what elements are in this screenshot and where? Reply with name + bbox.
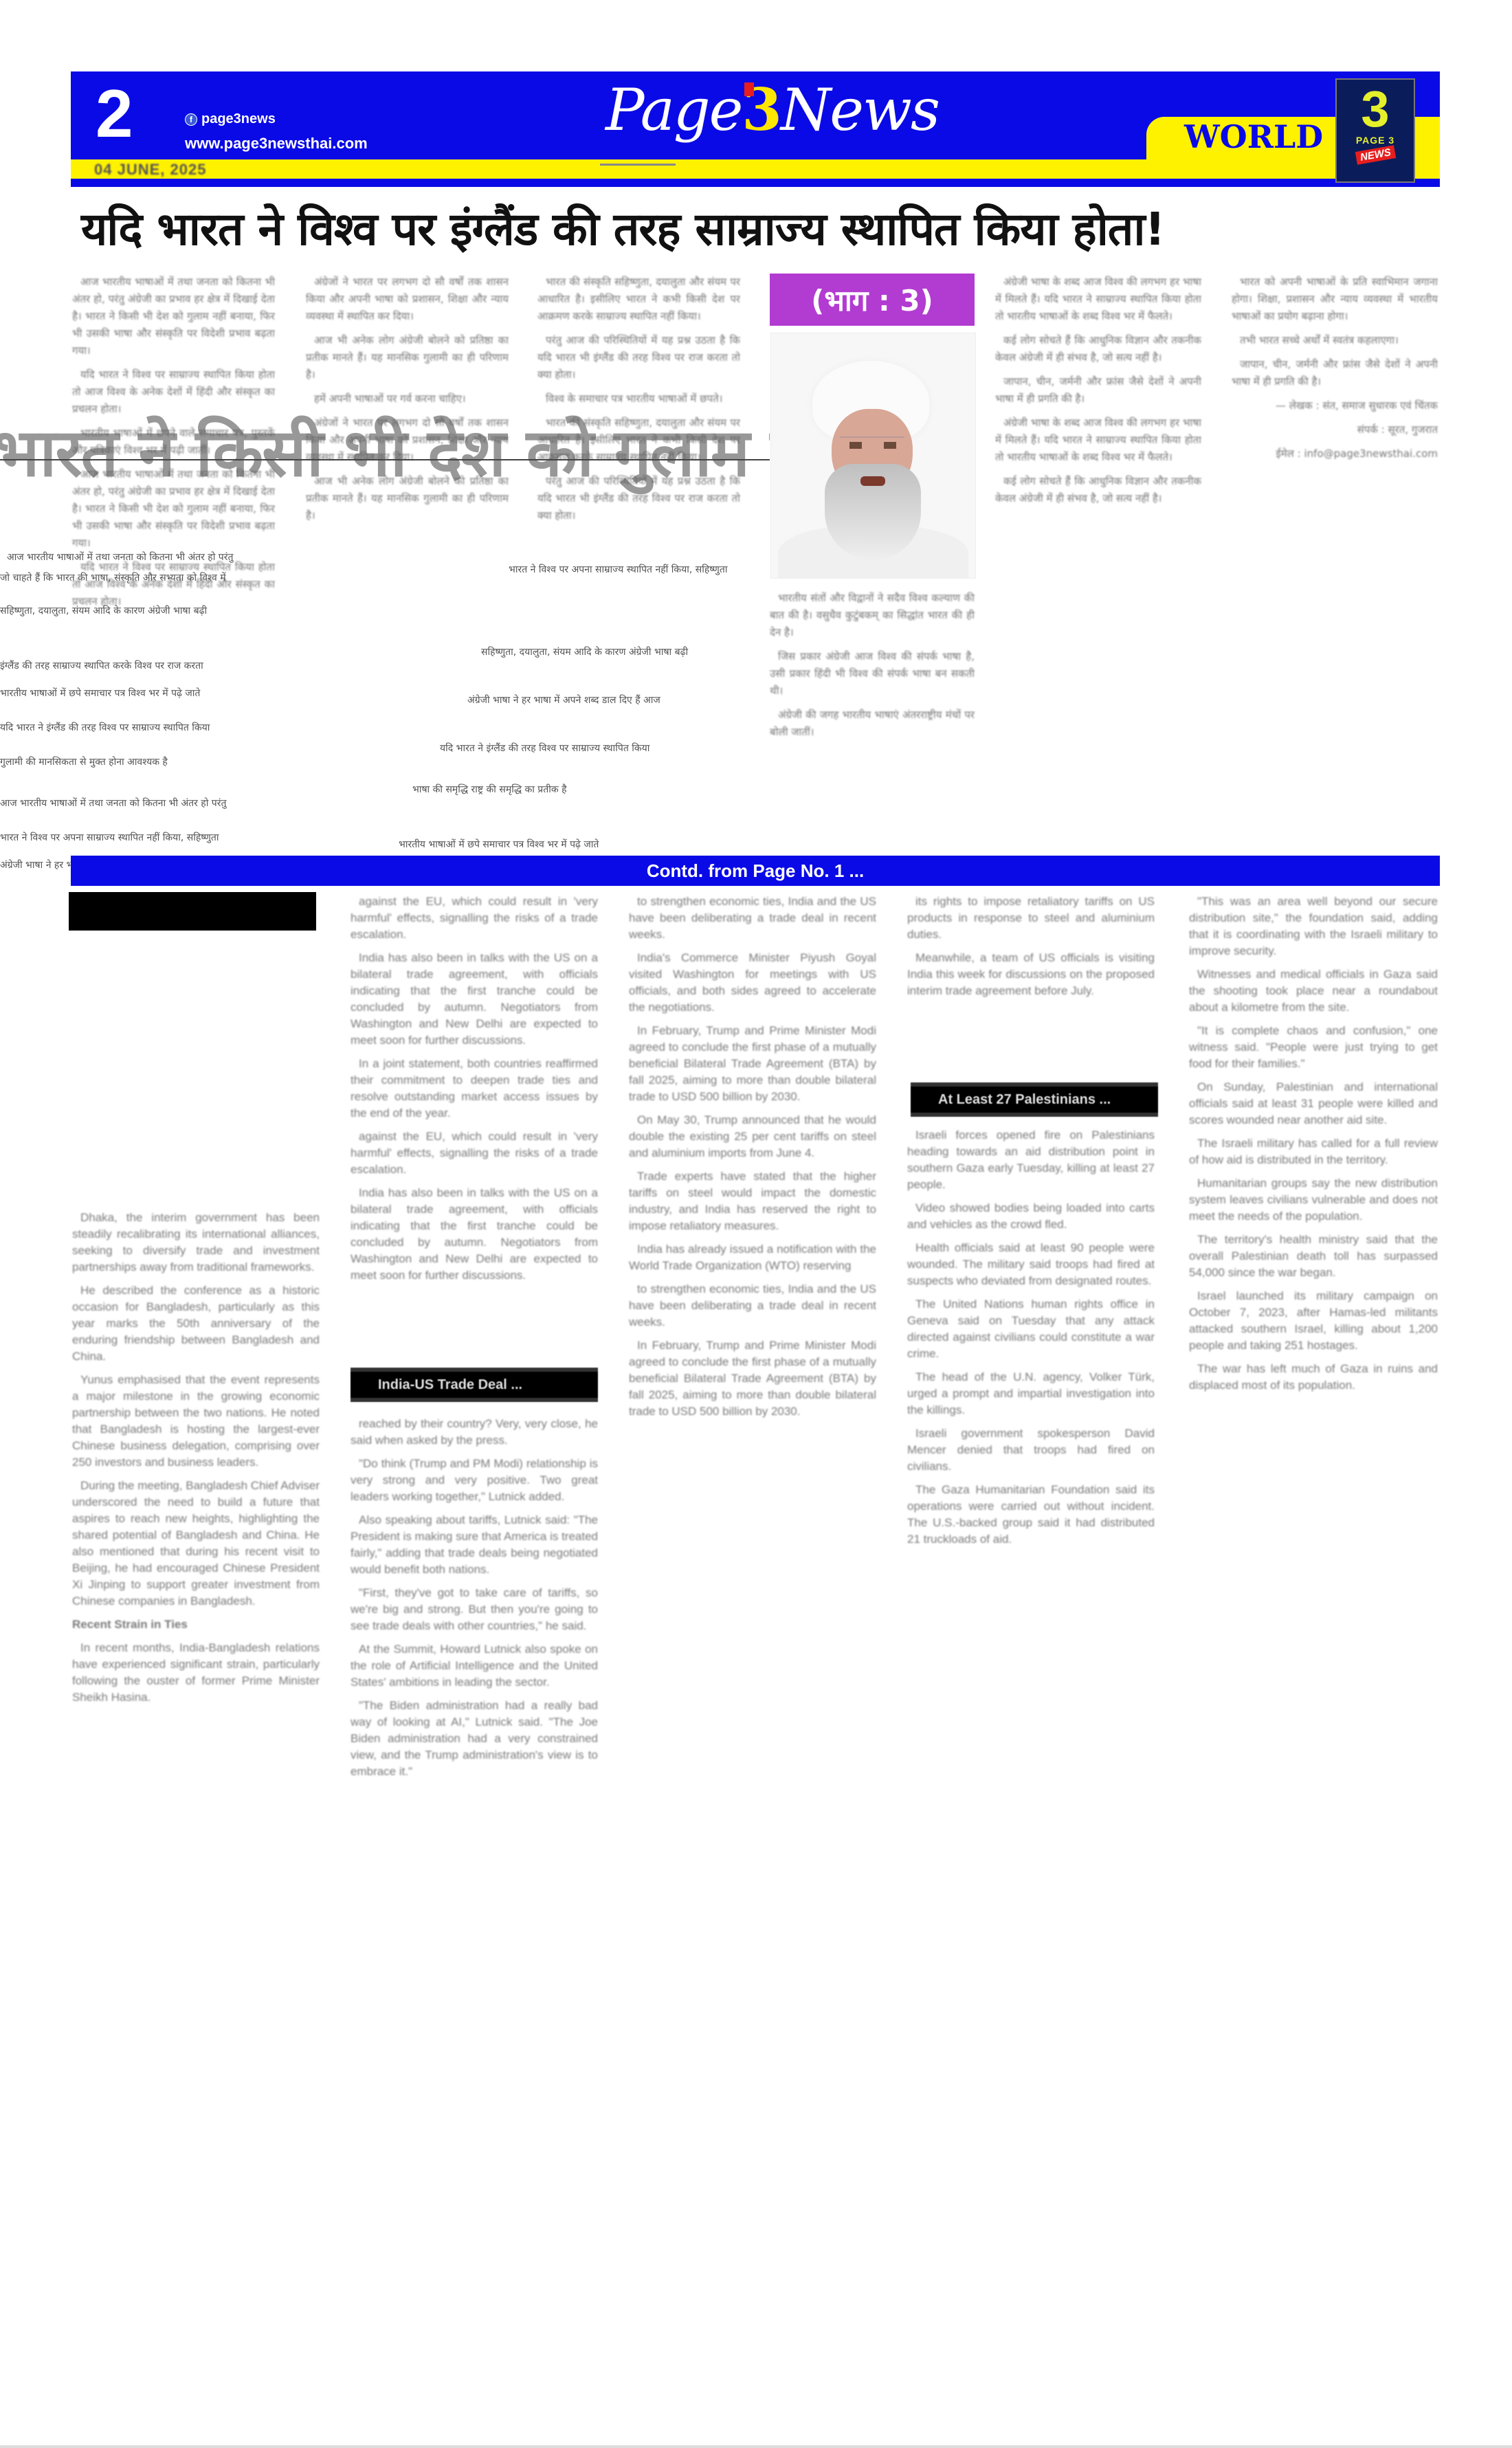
paragraph: भारत की संस्कृति सहिष्णुता, दयालुता और स…: [537, 274, 740, 325]
paragraph: India has also been in talks with the US…: [351, 950, 598, 1049]
paragraph: Dhaka, the interim government has been s…: [72, 1210, 320, 1276]
paragraph: अंग्रेजों ने भारत पर लगभग दो सौ वर्षों त…: [306, 414, 509, 466]
paragraph: India has also been in talks with the US…: [351, 1185, 598, 1284]
paragraph: Israeli government spokesperson David Me…: [907, 1425, 1155, 1475]
paragraph: "This was an area well beyond our secure…: [1189, 893, 1438, 959]
logo-news: News: [781, 76, 939, 144]
paragraph: The head of the U.N. agency, Volker Türk…: [907, 1369, 1155, 1418]
paragraph: In recent months, India-Bangladesh relat…: [72, 1640, 320, 1706]
part-label-box: (भाग : 3): [770, 274, 975, 326]
author-email: ईमेल : info@page3newsthai.com: [1232, 445, 1438, 463]
paragraph: यदि भारत ने विश्व पर साम्राज्य स्थापित क…: [72, 559, 275, 610]
badge-news-text: NEWS: [1355, 145, 1395, 165]
paragraph: The Gaza Humanitarian Foundation said it…: [907, 1482, 1155, 1548]
english-column-4a: its rights to impose retaliatory tariffs…: [907, 893, 1155, 1072]
photo-mouth: [860, 476, 885, 486]
paragraph: The United Nations human rights office i…: [907, 1296, 1155, 1362]
paragraph: The territory's health ministry said tha…: [1189, 1232, 1438, 1281]
paragraph: भारत को अपनी भाषाओं के प्रति स्वाभिमान ज…: [1232, 274, 1438, 325]
paragraph: Trade experts have stated that the highe…: [629, 1168, 876, 1234]
paragraph: अंग्रेजी की जगह भारतीय भाषाएं अंतरराष्ट्…: [770, 706, 975, 741]
paragraph: The Israeli military has called for a fu…: [1189, 1135, 1438, 1168]
english-column-4b: Israeli forces opened fire on Palestinia…: [907, 1127, 1155, 2419]
logo-three: 3: [742, 76, 780, 144]
hindi-column-2: अंग्रेजों ने भारत पर लगभग दो सौ वर्षों त…: [306, 274, 509, 851]
paragraph: Health officials said at least 90 people…: [907, 1240, 1155, 1289]
author-photo: [770, 333, 976, 579]
paragraph: परंतु आज की परिस्थितियों में यह प्रश्न उ…: [537, 332, 740, 383]
paragraph: जिस प्रकार अंग्रेजी आज विश्व की संपर्क भ…: [770, 648, 975, 700]
paragraph: जापान, चीन, जर्मनी और फ्रांस जैसे देशों …: [995, 373, 1201, 408]
english-column-1: Dhaka, the interim government has been s…: [72, 1210, 320, 2419]
page3-news-badge: 3 PAGE 3 NEWS: [1335, 78, 1415, 183]
hindi-column-6: भारत को अपनी भाषाओं के प्रति स्वाभिमान ज…: [1232, 274, 1438, 823]
paragraph: अंग्रेजी भाषा के शब्द आज विश्व की लगभग ह…: [995, 274, 1201, 325]
masthead-divider: [600, 164, 676, 166]
paragraph: परंतु आज की परिस्थितियों में यह प्रश्न उ…: [537, 473, 740, 524]
paragraph: भारत की संस्कृति सहिष्णुता, दयालुता और स…: [537, 414, 740, 466]
paragraph: "First, they've got to take care of tari…: [351, 1585, 598, 1634]
badge-page3-text: PAGE 3: [1356, 135, 1394, 146]
hindi-column-5: अंग्रेजी भाषा के शब्द आज विश्व की लगभग ह…: [995, 274, 1201, 851]
paragraph: its rights to impose retaliatory tariffs…: [907, 893, 1155, 943]
paragraph: India has already issued a notification …: [629, 1241, 876, 1274]
paragraph: आज भी अनेक लोग अंग्रेजी बोलने को प्रतिष्…: [306, 473, 509, 524]
section-tag-gaza: At Least 27 Palestinians ...: [911, 1082, 1158, 1117]
paragraph: भारतीय संतों और विद्वानों ने सदैव विश्व …: [770, 590, 975, 641]
paragraph: In February, Trump and Prime Minister Mo…: [629, 1023, 876, 1105]
paragraph: Israel launched its military campaign on…: [1189, 1288, 1438, 1354]
issue-date: 04 JUNE, 2025: [94, 161, 206, 179]
paragraph: On Sunday, Palestinian and international…: [1189, 1079, 1438, 1128]
section-tag-india-us-trade-deal: India-US Trade Deal ...: [351, 1368, 598, 1402]
paragraph: The war has left much of Gaza in ruins a…: [1189, 1361, 1438, 1394]
paragraph: Video showed bodies being loaded into ca…: [907, 1200, 1155, 1233]
paragraph: India's Commerce Minister Piyush Goyal v…: [629, 950, 876, 1016]
paragraph: to strengthen economic ties, India and t…: [629, 1281, 876, 1331]
paragraph: Witnesses and medical officials in Gaza …: [1189, 966, 1438, 1016]
subheading: Recent Strain in Ties: [72, 1616, 320, 1633]
paragraph: तभी भारत सच्चे अर्थों में स्वतंत्र कहलाए…: [1232, 332, 1438, 349]
paragraph: कई लोग सोचते हैं कि आधुनिक विज्ञान और तक…: [995, 473, 1201, 507]
hindi-column-4: भारतीय संतों और विद्वानों ने सदैव विश्व …: [770, 590, 975, 851]
paragraph: आज भी अनेक लोग अंग्रेजी बोलने को प्रतिष्…: [306, 332, 509, 383]
paragraph: "It is complete chaos and confusion," on…: [1189, 1023, 1438, 1072]
paragraph: यदि भारत ने विश्व पर साम्राज्य स्थापित क…: [72, 366, 275, 418]
paragraph: Israeli forces opened fire on Palestinia…: [907, 1127, 1155, 1193]
author-signature: — लेखक : संत, समाज सुधारक एवं चिंतक: [1232, 397, 1438, 414]
paragraph: जापान, चीन, जर्मनी और फ्रांस जैसे देशों …: [1232, 356, 1438, 390]
masthead: 2 f page3news www.page3newsthai.com 04 J…: [71, 71, 1440, 187]
english-column-2b: reached by their country? Very, very clo…: [351, 1416, 598, 2419]
paragraph: On May 30, Trump announced that he would…: [629, 1112, 876, 1161]
english-column-5: "This was an area well beyond our secure…: [1189, 893, 1438, 2357]
paragraph: हमें अपनी भाषाओं पर गर्व करना चाहिए।: [306, 390, 509, 408]
social-handle-text: page3news: [201, 111, 276, 127]
paragraph: He described the conference as a histori…: [72, 1282, 320, 1365]
paragraph: against the EU, which could result in 'v…: [351, 1128, 598, 1178]
paragraph: अंग्रेजी भाषा के शब्द आज विश्व की लगभग ह…: [995, 414, 1201, 466]
paragraph: विश्व के समाचार पत्र भारतीय भाषाओं में छ…: [537, 390, 740, 408]
paragraph: "Do think (Trump and PM Modi) relationsh…: [351, 1456, 598, 1505]
facebook-icon: f: [185, 113, 197, 126]
badge-number: 3: [1361, 84, 1389, 135]
newspaper-logo: Page3News: [605, 81, 939, 139]
page-number: 2: [96, 80, 133, 147]
paragraph: Also speaking about tariffs, Lutnick sai…: [351, 1512, 598, 1578]
hindi-column-1: आज भारतीय भाषाओं में तथा जनता को कितना भ…: [72, 274, 275, 851]
paragraph: आज भारतीय भाषाओं में तथा जनता को कितना भ…: [72, 466, 275, 552]
english-column-2: against the EU, which could result in 'v…: [351, 893, 598, 1340]
paragraph: आज भारतीय भाषाओं में तथा जनता को कितना भ…: [72, 274, 275, 359]
section-label: WORLD: [1184, 118, 1323, 155]
left-section-tag: [69, 892, 316, 931]
paragraph: During the meeting, Bangladesh Chief Adv…: [72, 1478, 320, 1610]
paragraph: At the Summit, Howard Lutnick also spoke…: [351, 1641, 598, 1691]
paragraph: कई लोग सोचते हैं कि आधुनिक विज्ञान और तक…: [995, 332, 1201, 366]
paragraph: भारतीय भाषाओं में छपने वाले समाचार पत्र,…: [72, 425, 275, 459]
photo-eye-left: [849, 442, 862, 449]
page-bottom-edge: [0, 2445, 1512, 2448]
english-column-3: to strengthen economic ties, India and t…: [629, 893, 876, 2419]
paragraph: to strengthen economic ties, India and t…: [629, 893, 876, 943]
paragraph: Meanwhile, a team of US officials is vis…: [907, 950, 1155, 999]
paragraph: In a joint statement, both countries rea…: [351, 1056, 598, 1122]
paragraph: against the EU, which could result in 'v…: [351, 893, 598, 943]
social-handle[interactable]: f page3news: [185, 111, 276, 127]
paragraph: Yunus emphasised that the event represen…: [72, 1372, 320, 1471]
paragraph: Humanitarian groups say the new distribu…: [1189, 1175, 1438, 1225]
paragraph: अंग्रेजों ने भारत पर लगभग दो सौ वर्षों त…: [306, 274, 509, 325]
paragraph: reached by their country? Very, very clo…: [351, 1416, 598, 1449]
author-address: संपर्क : सूरत, गुजरात: [1232, 421, 1438, 438]
main-headline: यदि भारत ने विश्व पर इंग्लैंड की तरह साम…: [81, 205, 1442, 255]
website-link[interactable]: www.page3newsthai.com: [185, 135, 368, 153]
logo-page: Page: [605, 76, 742, 144]
paragraph: "The Biden administration had a really b…: [351, 1698, 598, 1780]
paragraph: In February, Trump and Prime Minister Mo…: [629, 1337, 876, 1420]
continued-from-page-1-bar: Contd. from Page No. 1 ...: [71, 856, 1440, 886]
photo-eye-right: [884, 442, 896, 449]
masthead-blue-base: [71, 179, 1440, 187]
hindi-column-3: भारत की संस्कृति सहिष्णुता, दयालुता और स…: [537, 274, 740, 851]
